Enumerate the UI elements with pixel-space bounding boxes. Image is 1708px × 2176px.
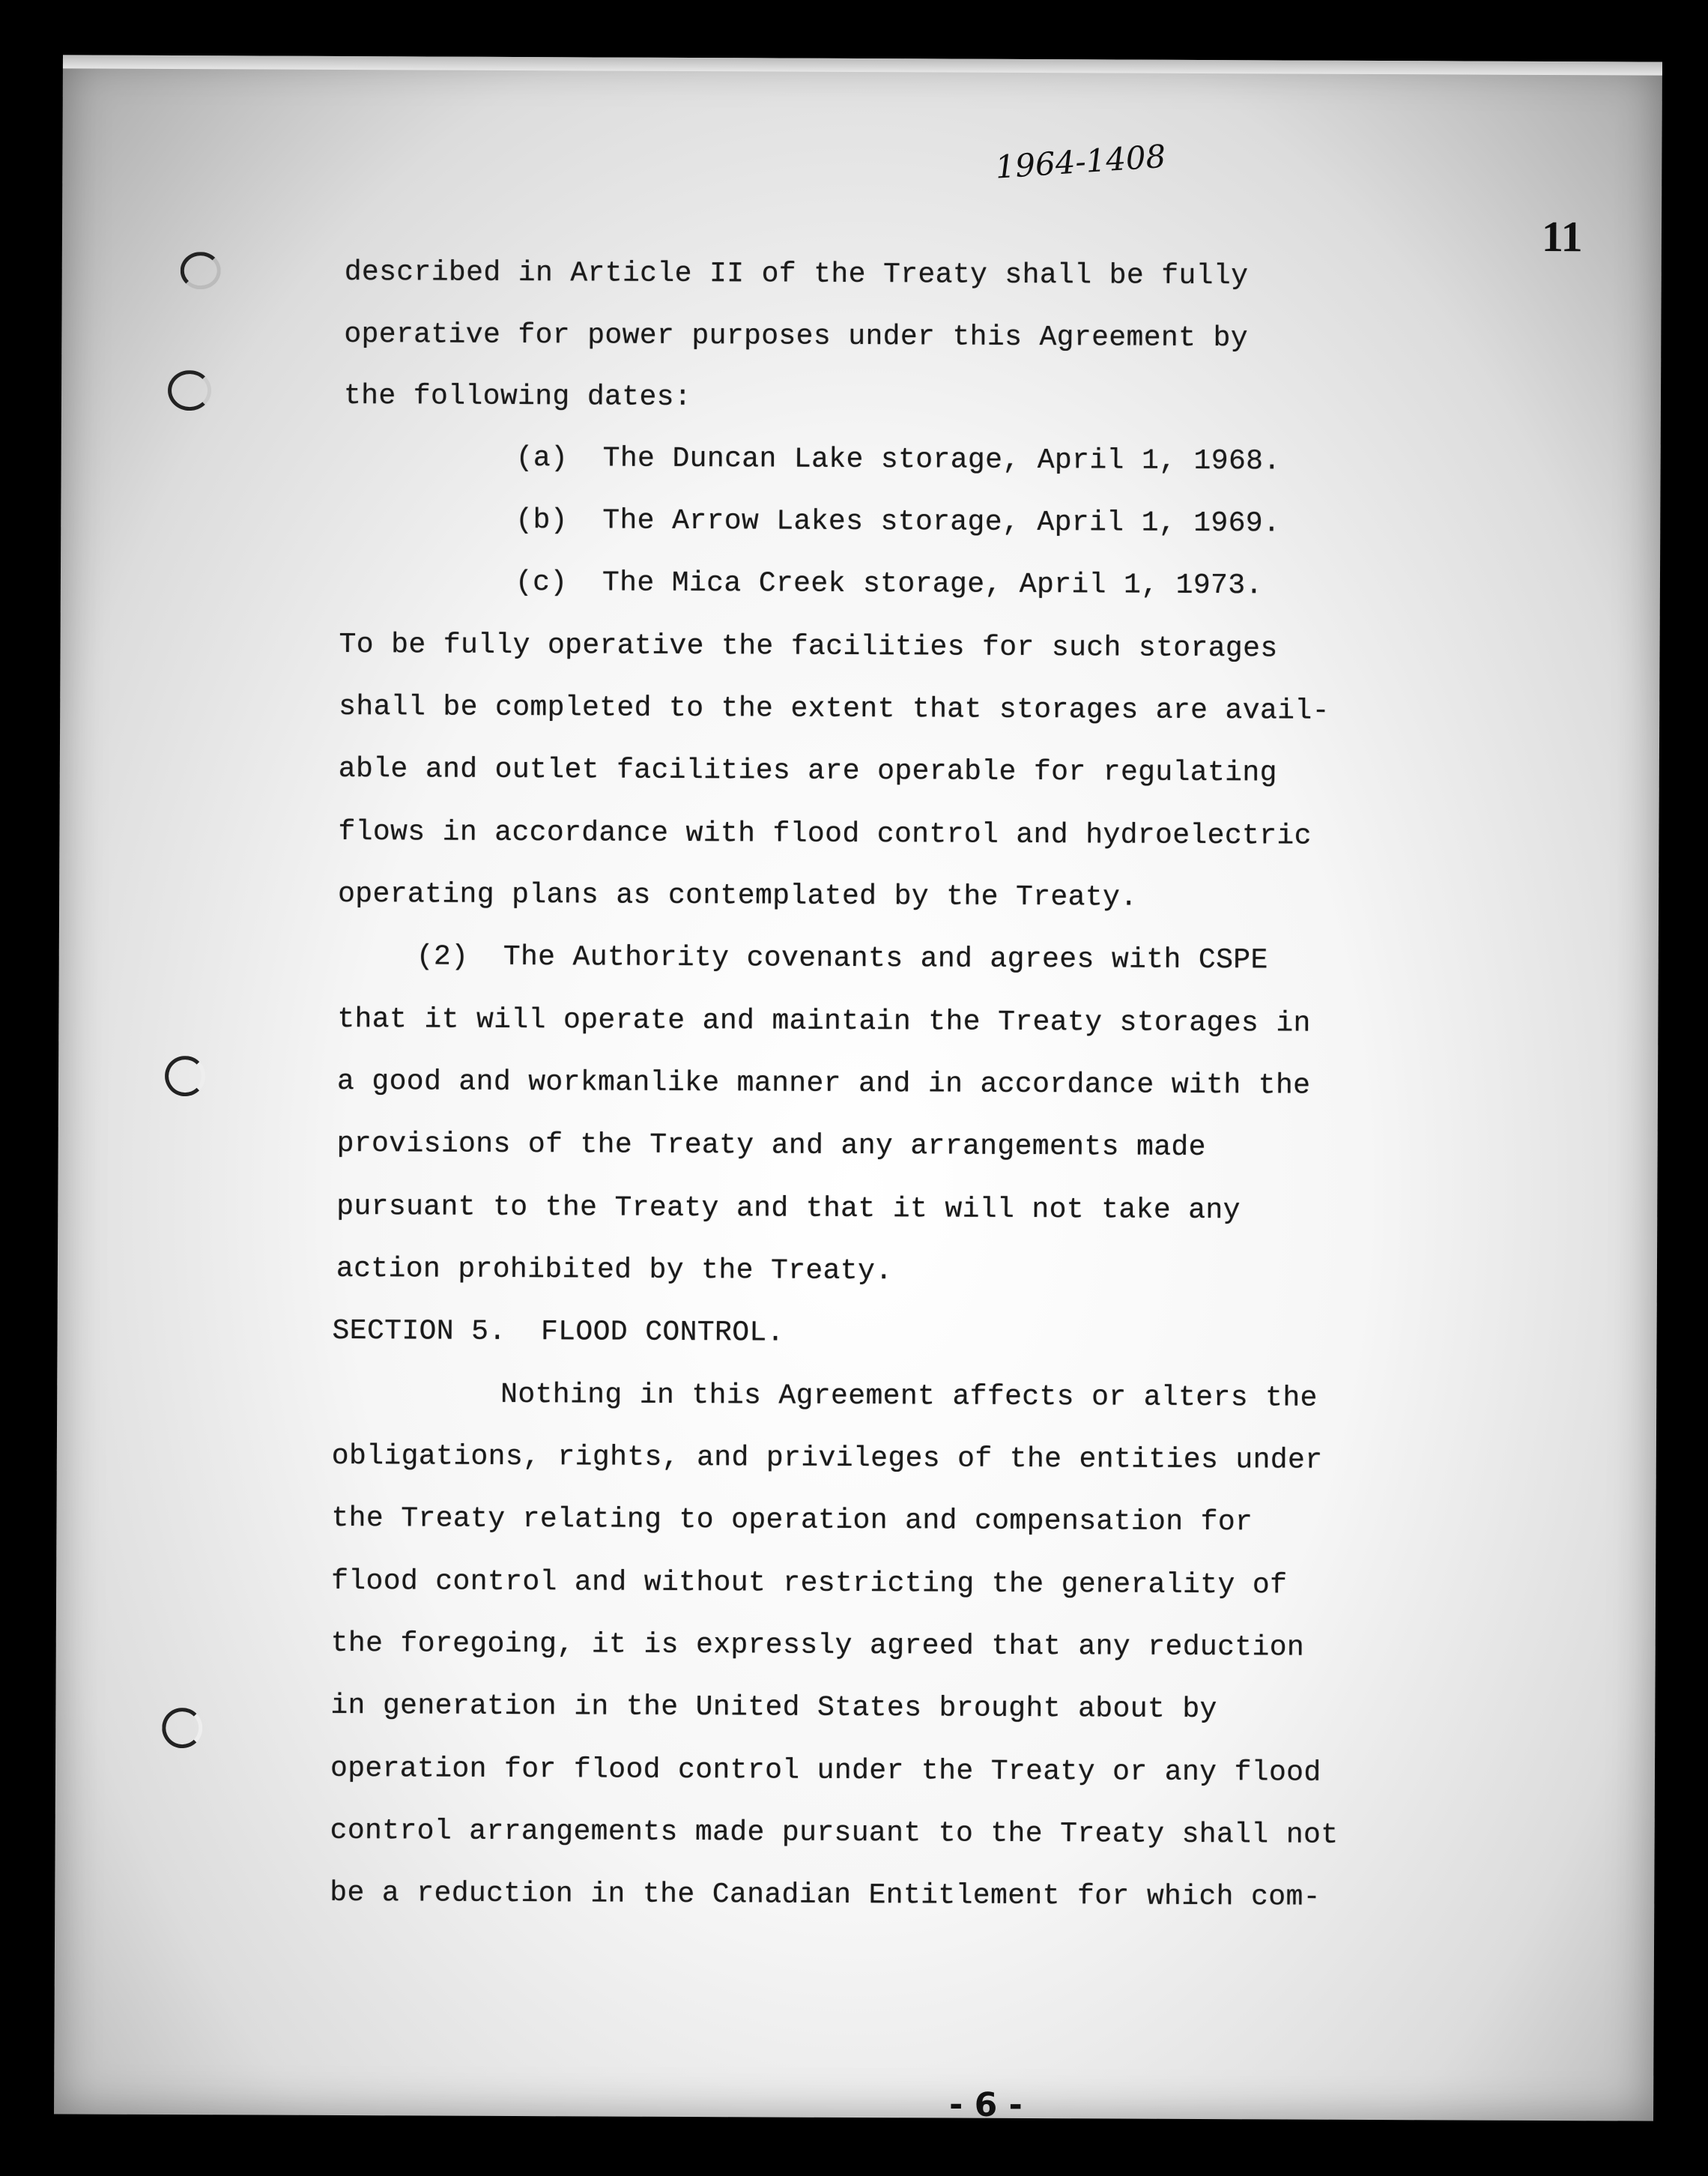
typed-body-text: described in Article II of the Treaty sh… <box>63 55 1662 61</box>
document-page: 1964-1408 11 described in Article II of … <box>54 55 1662 2121</box>
punch-hole-icon <box>165 1056 205 1096</box>
text-line: flows in accordance with flood control a… <box>338 816 1312 853</box>
text-line: Nothing in this Agreement affects or alt… <box>500 1379 1318 1415</box>
text-line: (b) The Arrow Lakes storage, April 1, 19… <box>515 504 1280 540</box>
text-line: control arrangements made pursuant to th… <box>330 1815 1339 1852</box>
text-line: the foregoing, it is expressly agreed th… <box>331 1628 1305 1664</box>
text-line: operation for flood control under the Tr… <box>330 1753 1321 1789</box>
text-line: (2) The Authority covenants and agrees w… <box>417 940 1268 976</box>
text-line: flood control and without restricting th… <box>331 1565 1287 1602</box>
text-line: described in Article II of the Treaty sh… <box>345 256 1249 292</box>
text-line: able and outlet facilities are operable … <box>339 753 1277 789</box>
text-line: SECTION 5. FLOOD CONTROL. <box>332 1315 784 1350</box>
text-line: in generation in the United States broug… <box>330 1690 1217 1726</box>
text-line: obligations, rights, and privileges of t… <box>332 1440 1323 1477</box>
text-line: pursuant to the Treaty and that it will … <box>336 1191 1241 1227</box>
page-number: 11 <box>1542 211 1583 262</box>
text-line: be a reduction in the Canadian Entitleme… <box>330 1877 1321 1914</box>
punch-hole-icon <box>181 252 221 289</box>
text-line: a good and workmanlike manner and in acc… <box>337 1066 1311 1102</box>
punch-hole-icon <box>168 370 211 411</box>
text-line: (a) The Duncan Lake storage, April 1, 19… <box>516 442 1281 477</box>
text-line: operative for power purposes under this … <box>344 318 1248 354</box>
footer-page-number: - 6 - <box>949 2086 1023 2124</box>
handwritten-file-number: 1964-1408 <box>994 138 1167 186</box>
text-line: provisions of the Treaty and any arrange… <box>337 1128 1206 1164</box>
punch-hole-icon <box>162 1708 202 1748</box>
text-line: To be fully operative the facilities for… <box>339 629 1277 665</box>
text-line: action prohibited by the Treaty. <box>336 1253 893 1287</box>
text-line: operating plans as contemplated by the T… <box>338 878 1138 914</box>
text-line: the Treaty relating to operation and com… <box>331 1502 1253 1538</box>
text-line: (c) The Mica Creek storage, April 1, 197… <box>515 566 1263 602</box>
text-line: that it will operate and maintain the Tr… <box>337 1003 1311 1040</box>
text-line: the following dates: <box>344 380 691 414</box>
text-line: shall be completed to the extent that st… <box>339 691 1330 728</box>
